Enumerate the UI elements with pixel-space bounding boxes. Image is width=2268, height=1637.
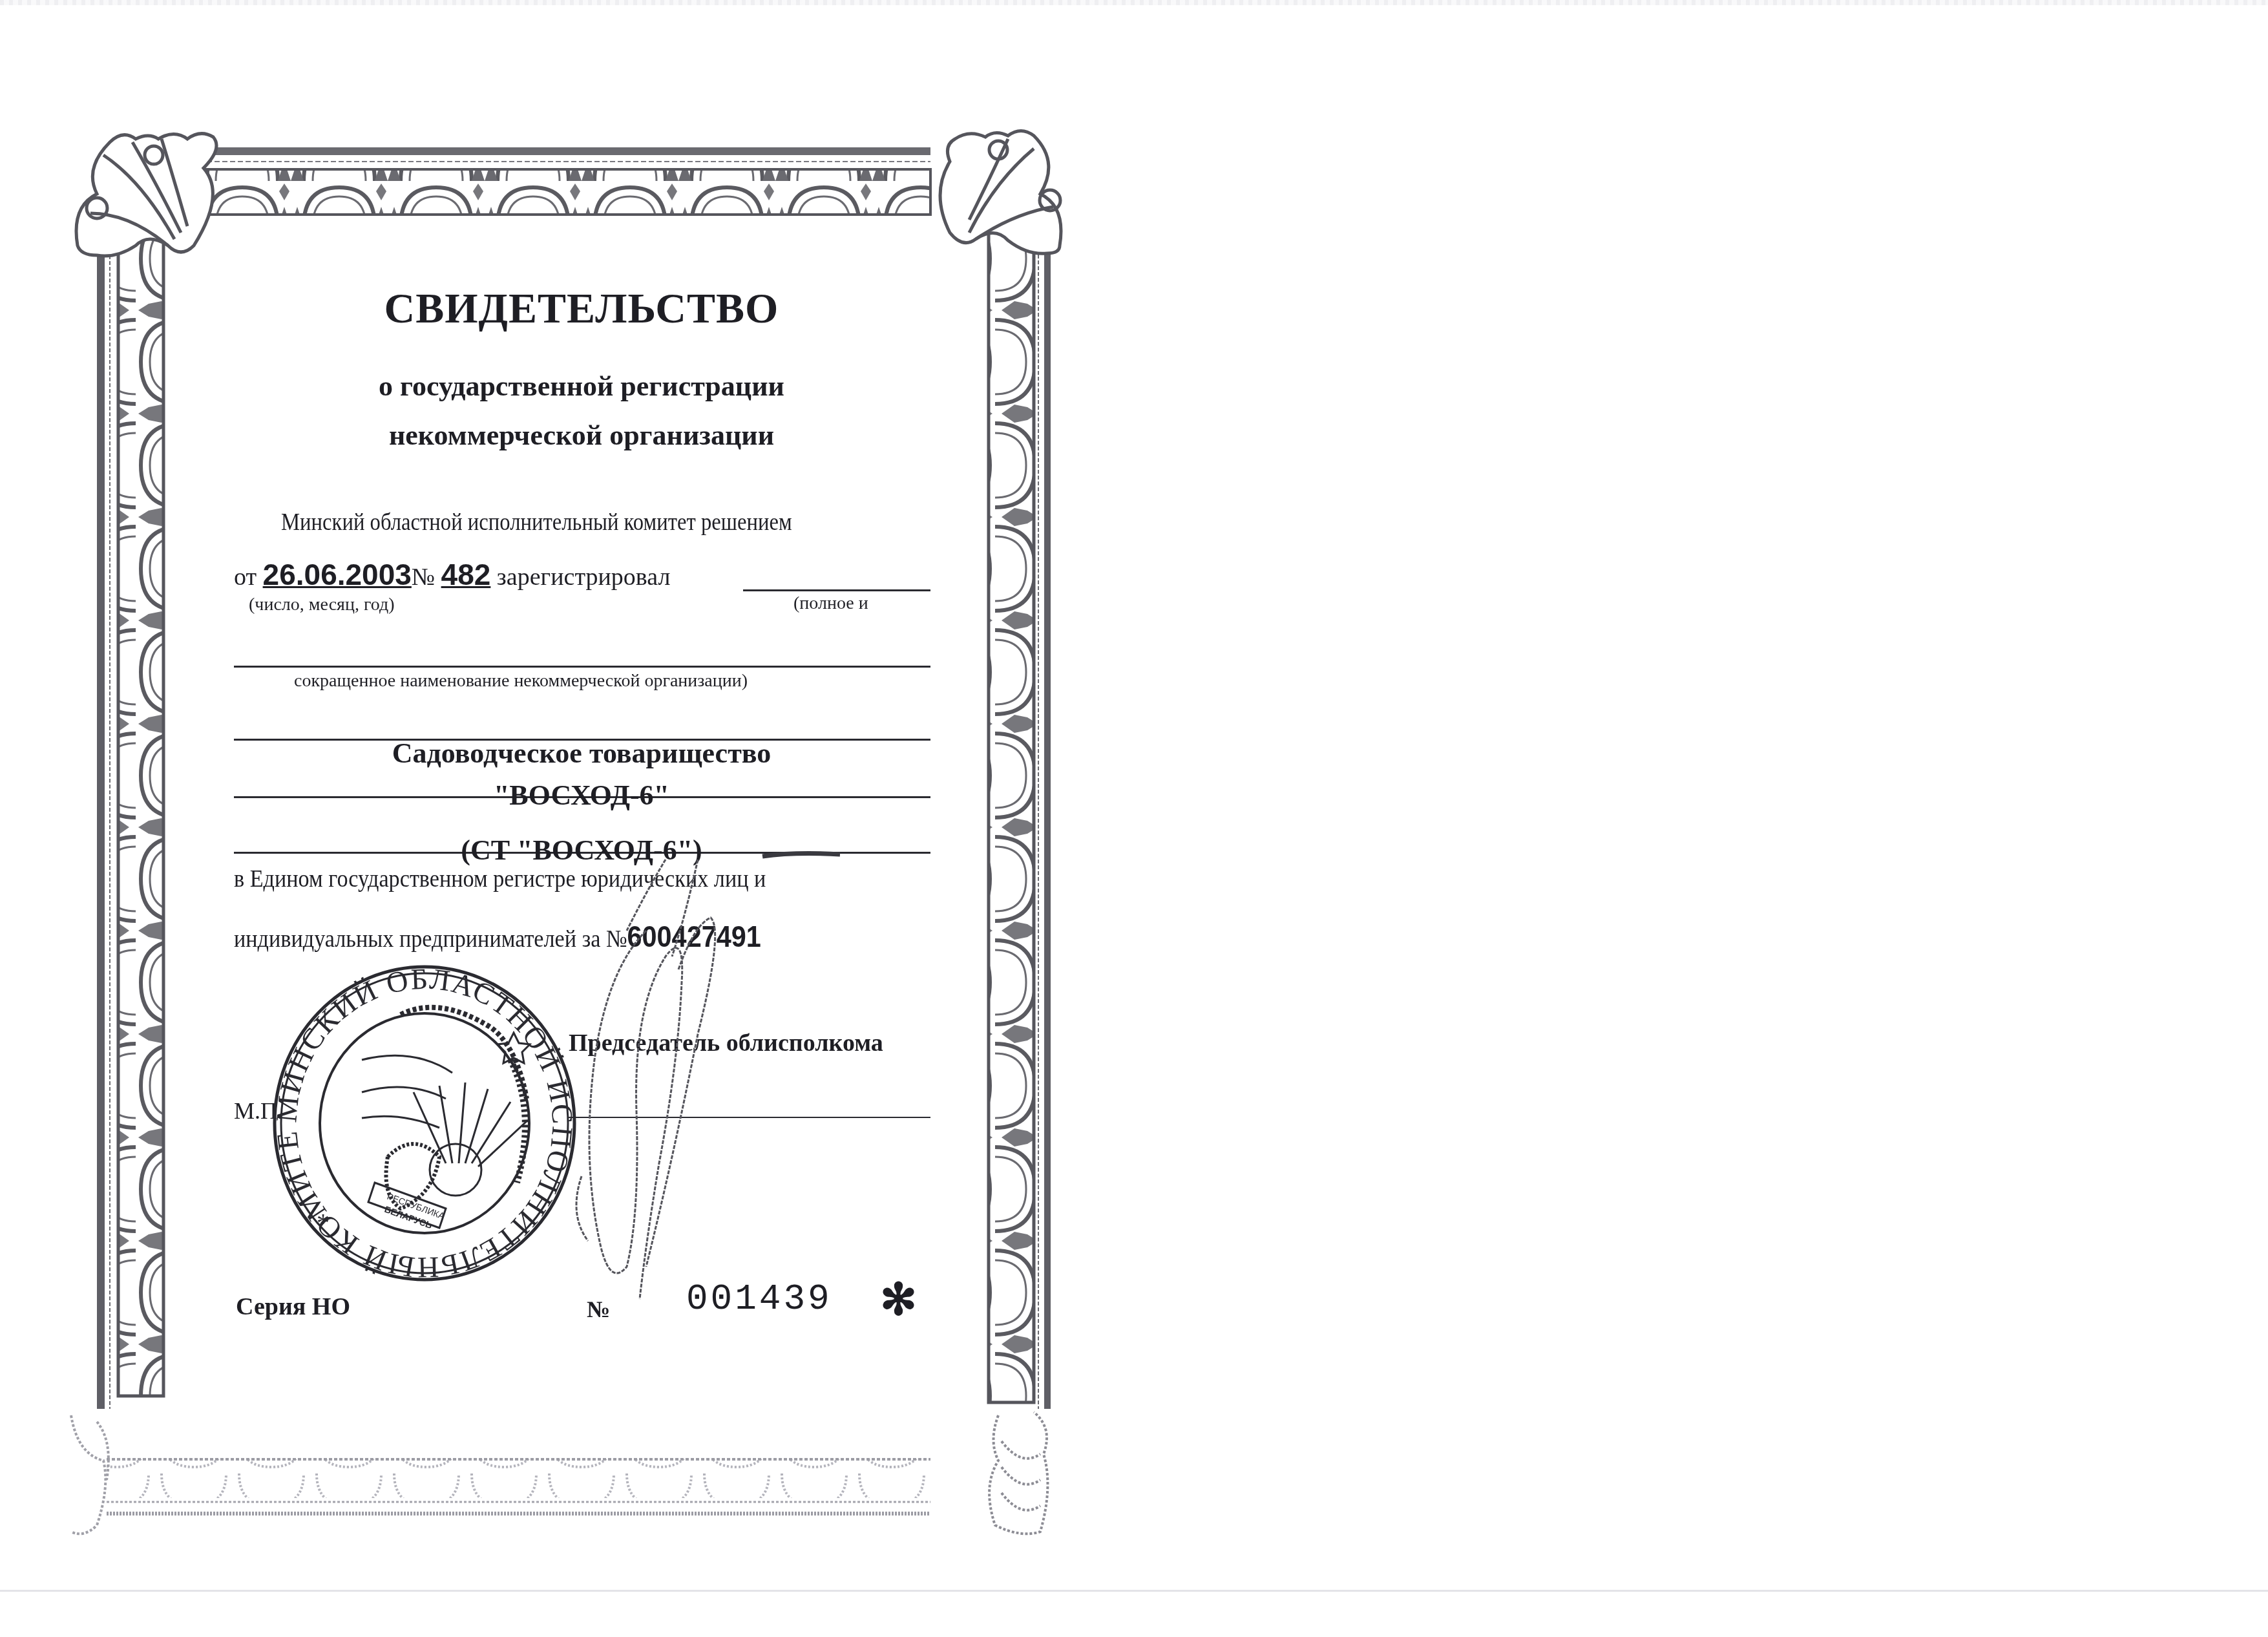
ornamental-frame xyxy=(0,0,2268,1637)
date-hint: (число, месяц, год) xyxy=(249,595,394,615)
decision-line: от 26.06.2003№ 482 зарегистрировал xyxy=(234,557,670,592)
document-subtitle-line2: некоммерческой организации xyxy=(0,419,1163,452)
corner-ornament-bottom-left xyxy=(71,1415,109,1534)
decision-suffix: зарегистрировал xyxy=(497,564,671,591)
serial-number: 001439 xyxy=(686,1278,832,1320)
series-label: Серия НО xyxy=(236,1293,350,1321)
document-subtitle-line1: о государственной регистрации xyxy=(0,370,1163,403)
signatory-title: Председатель облисполкома xyxy=(569,1029,883,1057)
corner-ornament-top-left xyxy=(76,134,216,256)
fill-line xyxy=(743,589,930,591)
decision-number: 482 xyxy=(441,558,491,591)
organization-full-name-line2: "ВОСХОД-6" xyxy=(0,779,1163,812)
seal-place-label: М.П. xyxy=(234,1097,283,1125)
fill-line xyxy=(234,666,930,668)
decision-number-sign: № xyxy=(412,564,435,591)
name-hint-end: сокращенное наименование некоммерческой … xyxy=(294,671,748,692)
register-line1: в Едином государственном регистре юридич… xyxy=(234,865,766,893)
name-hint-start: (полное и xyxy=(793,593,868,614)
corner-ornament-top-right xyxy=(940,131,1061,254)
register-line2: индивидуальных предпринимателей за №6004… xyxy=(234,919,761,954)
serial-number-sign: № xyxy=(587,1296,610,1323)
decision-prefix: от xyxy=(234,564,257,591)
corner-ornament-bottom-right xyxy=(989,1412,1047,1534)
organization-full-name-line1: Садоводческое товарищество xyxy=(0,737,1163,770)
document-title: СВИДЕТЕЛЬСТВО xyxy=(0,284,1163,333)
registration-number: 600427491 xyxy=(627,920,761,953)
serial-mark-icon: ✻ xyxy=(880,1274,917,1325)
signature-line xyxy=(569,1117,930,1118)
decision-date: 26.06.2003 xyxy=(263,558,412,591)
register-line2-prefix: индивидуальных предпринимателей за № xyxy=(234,925,627,953)
authority-line: Минский областной исполнительный комитет… xyxy=(281,508,792,536)
organization-short-name: (СТ "ВОСХОД-6") xyxy=(0,834,1163,867)
